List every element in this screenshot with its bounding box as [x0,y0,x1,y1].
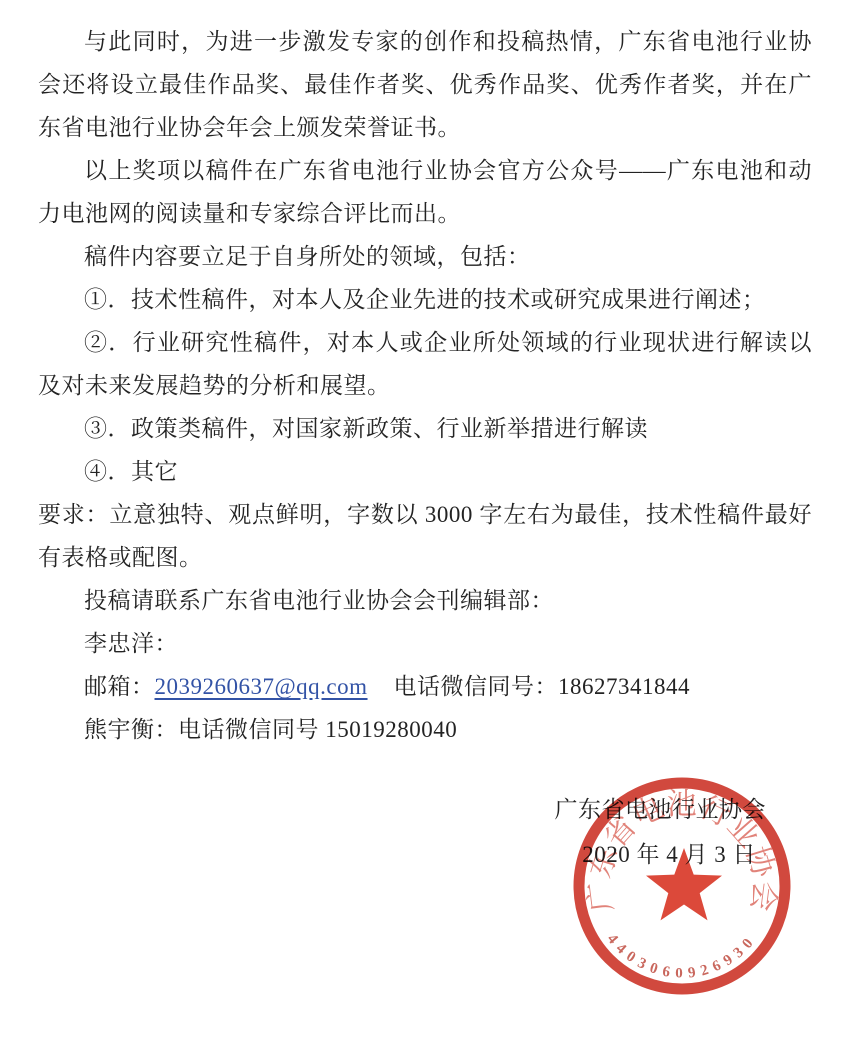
paragraph-selection: 以上奖项以稿件在广东省电池行业协会官方公众号——广东电池和动力电池网的阅读量和专… [38,149,812,235]
list-item-policy: ③．政策类稿件，对国家新政策、行业新举措进行解读 [38,407,812,450]
paragraph-contact-intro: 投稿请联系广东省电池行业协会会刊编辑部： [38,579,812,622]
paragraph-awards: 与此同时，为进一步激发专家的创作和投稿热情，广东省电池行业协会还将设立最佳作品奖… [38,20,812,149]
seal-serial-number: 4403060926930 [604,931,761,981]
document-page: 与此同时，为进一步激发专家的创作和投稿热情，广东省电池行业协会还将设立最佳作品奖… [0,0,849,1059]
email-label: 邮箱： [84,674,155,699]
list-item-other: ④．其它 [38,450,812,493]
list-item-technical: ①．技术性稿件，对本人及企业先进的技术或研究成果进行阐述； [38,278,812,321]
signature-date: 2020 年 4 月 3 日 [38,832,766,877]
paragraph-scope: 稿件内容要立足于自身所处的领域，包括： [38,235,812,278]
signature-block: 广东省电池行业协会 2020 年 4 月 3 日 [38,787,812,877]
list-item-industry-research: ②．行业研究性稿件，对本人或企业所处领域的行业现状进行解读以及对未来发展趋势的分… [38,321,812,407]
email-link[interactable]: 2039260637@qq.com [155,674,368,699]
svg-text:4403060926930: 4403060926930 [604,931,761,981]
phone-number: 18627341844 [558,674,690,699]
paragraph-requirements: 要求：立意独特、观点鲜明，字数以 3000 字左右为最佳，技术性稿件最好有表格或… [38,493,812,579]
contact-name-li-zhongyang: 李忠洋： [38,622,812,665]
signature-org: 广东省电池行业协会 [38,787,766,832]
contact-name-xiong-yuheng: 熊宇衡：电话微信同号 15019280040 [38,708,812,751]
contact-email-line: 邮箱：2039260637@qq.com电话微信同号：18627341844 [38,665,812,708]
phone-label: 电话微信同号： [394,674,559,699]
